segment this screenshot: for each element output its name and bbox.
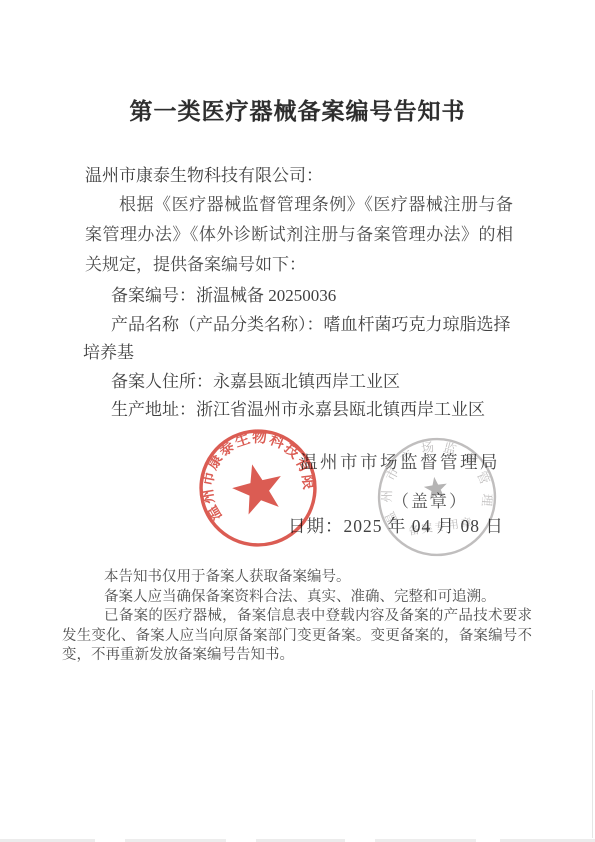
- field-value: 浙江省温州市永嘉县瓯北镇西岸工业区: [196, 400, 485, 419]
- star-icon: [228, 458, 288, 517]
- filing-fields: 备案编号：浙温械备 20250036 产品名称（产品分类名称）：嗜血杆菌巧克力琼…: [83, 282, 515, 425]
- scan-artifact-right-edge: [592, 690, 593, 838]
- star-icon: [423, 475, 449, 500]
- field-label: 备案人住所：: [111, 372, 213, 391]
- field-registrant-address: 备案人住所：永嘉县瓯北镇西岸工业区: [83, 368, 515, 397]
- field-value: 永嘉县瓯北镇西岸工业区: [213, 372, 400, 391]
- addressee-line: 温州市康泰生物科技有限公司：: [85, 161, 323, 186]
- authority-seal-bottom-text: 备案专用章: [407, 515, 474, 538]
- footer-notes: 本告知书仅用于备案人获取备案编号。 备案人应当确保备案资料合法、真实、准确、完整…: [62, 568, 532, 666]
- authority-seal-stamp: 温州市市场监督管理局 备案专用章: [368, 428, 506, 566]
- field-filing-number: 备案编号：浙温械备 20250036: [83, 282, 515, 311]
- field-product-name: 产品名称（产品分类名称）：嗜血杆菌巧克力琼脂选择培养基: [83, 311, 515, 368]
- field-label: 产品名称（产品分类名称）：: [111, 315, 324, 334]
- svg-text:温州市市场监督管理局: 温州市市场监督管理局: [368, 428, 496, 529]
- field-label: 备案编号：: [111, 286, 196, 305]
- scanned-notice-page: 第一类医疗器械备案编号告知书 温州市康泰生物科技有限公司： 根据《医疗器械监督管…: [0, 0, 595, 842]
- intro-paragraph: 根据《医疗器械监督管理条例》《医疗器械注册与备案管理办法》《体外诊断试剂注册与备…: [85, 190, 513, 280]
- authority-seal-ring-text: 温州市市场监督管理局: [368, 428, 496, 529]
- notice-title: 第一类医疗器械备案编号告知书: [0, 93, 595, 126]
- field-label: 生产地址：: [111, 400, 196, 419]
- note-line: 已备案的医疗器械，备案信息表中登载内容及备案的产品技术要求发生变化、备案人应当向…: [62, 607, 532, 666]
- field-value: 浙温械备 20250036: [196, 286, 336, 305]
- note-line: 备案人应当确保备案资料合法、真实、准确、完整和可追溯。: [62, 588, 532, 608]
- note-line: 本告知书仅用于备案人获取备案编号。: [62, 568, 532, 588]
- company-seal-stamp: 温州市康泰生物科技有限公司: [184, 414, 332, 562]
